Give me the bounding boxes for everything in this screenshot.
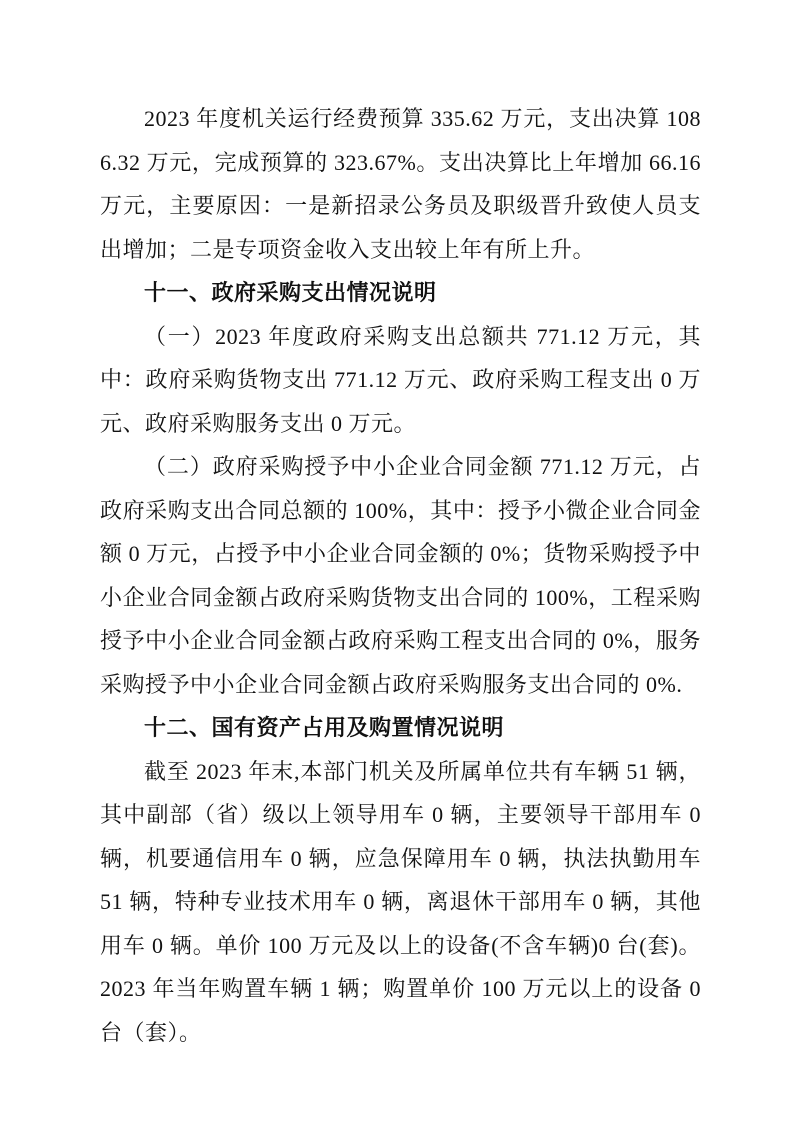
document-body: 2023 年度机关运行经费预算 335.62 万元，支出决算 1086.32 万… bbox=[100, 97, 701, 1054]
paragraph-agency-operating-expenses: 2023 年度机关运行经费预算 335.62 万元，支出决算 1086.32 万… bbox=[100, 97, 701, 271]
paragraph-procurement-total: （一）2023 年度政府采购支出总额共 771.12 万元，其中：政府采购货物支… bbox=[100, 315, 701, 446]
paragraph-procurement-sme-contracts: （二）政府采购授予中小企业合同金额 771.12 万元，占政府采购支出合同总额的… bbox=[100, 445, 701, 706]
section-heading-government-procurement: 十一、政府采购支出情况说明 bbox=[100, 271, 701, 315]
section-heading-state-owned-assets: 十二、国有资产占用及购置情况说明 bbox=[100, 706, 701, 750]
paragraph-vehicles-and-equipment: 截至 2023 年末,本部门机关及所属单位共有车辆 51 辆，其中副部（省）级以… bbox=[100, 750, 701, 1055]
document-page: 2023 年度机关运行经费预算 335.62 万元，支出决算 1086.32 万… bbox=[0, 0, 793, 1122]
